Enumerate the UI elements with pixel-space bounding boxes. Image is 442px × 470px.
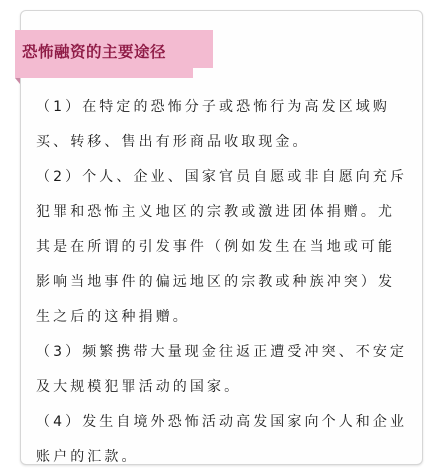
paragraph-1: （1）在特定的恐怖分子或恐怖行为高发区域购买、转移、售出有形商品收取现金。	[36, 90, 410, 160]
ribbon-fold	[15, 78, 20, 84]
paragraph-3: （3）频繁携带大量现金往返正遭受冲突、不安定及大规模犯罪活动的国家。	[36, 335, 410, 405]
content-body: （1）在特定的恐怖分子或恐怖行为高发区域购买、转移、售出有形商品收取现金。 （2…	[36, 90, 410, 470]
section-title: 恐怖融资的主要途径	[22, 40, 166, 62]
paragraph-4: （4）发生自境外恐怖活动高发国家向个人和企业账户的汇款。	[36, 405, 410, 470]
paragraph-2: （2）个人、企业、国家官员自愿或非自愿向充斥犯罪和恐怖主义地区的宗教或激进团体捐…	[36, 160, 410, 335]
ribbon-notch	[193, 30, 213, 68]
ribbon-tail	[15, 68, 193, 78]
